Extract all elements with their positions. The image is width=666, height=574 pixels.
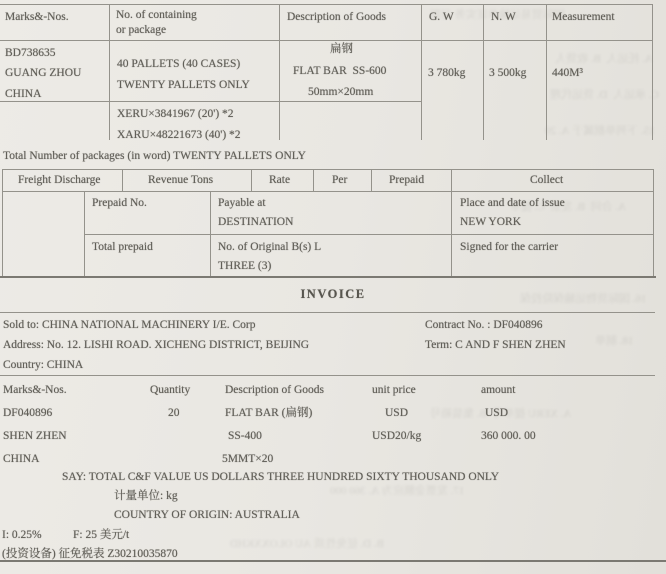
table-border	[313, 169, 314, 191]
table-border	[2, 169, 3, 276]
inv-row-amount: 360 000. 00	[481, 429, 536, 443]
table-border	[2, 169, 653, 170]
payable-at-label: Payable at	[218, 196, 266, 210]
total-packages-line: Total Number of packages (in word) TWENT…	[3, 149, 306, 163]
inv-row-marks: SHEN ZHEN	[3, 429, 67, 443]
section-divider	[0, 312, 655, 313]
bleed-through-text: B. D. 征免性质 AU OLOXXKHD	[230, 535, 384, 551]
collect-header: Collect	[530, 173, 563, 187]
inv-quantity-header: Quantity	[150, 383, 190, 397]
marks-value: BD738635	[5, 46, 55, 60]
address-line: Address: No. 12. LISHI ROAD. XICHENG DIS…	[3, 338, 309, 352]
table-border	[210, 191, 211, 276]
goods-size: 50mm×20mm	[308, 85, 373, 99]
sold-to-line: Sold to: CHINA NATIONAL MACHINERY I/E. C…	[3, 318, 255, 332]
rate-header: Rate	[269, 173, 290, 187]
tax-exemption-line: (投资设备) 征免税表 Z30210035870	[2, 547, 178, 561]
inv-description-header: Description of Goods	[225, 383, 324, 397]
say-total-line: SAY: TOTAL C&F VALUE US DOLLARS THREE HU…	[62, 470, 499, 484]
original-bl-value: THREE (3)	[218, 259, 271, 273]
prepaid-no-label: Prepaid No.	[92, 196, 147, 210]
net-weight-header: N. W	[491, 10, 516, 24]
table-border	[0, 40, 653, 41]
invoice-title: INVOICE	[0, 287, 666, 301]
payable-at-value: DESTINATION	[218, 215, 293, 229]
table-border	[653, 169, 654, 276]
country-line: Country: CHINA	[3, 358, 83, 372]
inv-row-amount: USD	[485, 406, 508, 420]
country-of-origin-line: COUNTRY OF ORIGIN: AUSTRALIA	[114, 508, 300, 522]
per-header: Per	[332, 173, 347, 187]
unit-of-measure-line: 计量单位: kg	[114, 489, 178, 503]
inv-row-unit-price: USD20/kg	[372, 429, 421, 443]
freight-discharge-header: Freight Discharge	[18, 173, 101, 187]
insurance-rate: I: 0.25%	[2, 528, 42, 542]
table-border	[421, 4, 422, 140]
inv-row-marks: DF040896	[3, 406, 52, 420]
inv-amount-header: amount	[481, 383, 516, 397]
scanned-shipping-document: 国际贸易运输单证实务 习题 A. 托运人 B. 收货人 C. 承运人 D. 货运…	[0, 0, 666, 574]
table-border	[451, 169, 452, 276]
table-border	[483, 4, 484, 140]
table-border	[84, 191, 85, 276]
table-border	[251, 169, 252, 191]
package-count: TWENTY PALLETS ONLY	[117, 78, 250, 92]
table-border	[546, 4, 547, 140]
bleed-through-text: A. 托运人 B. 收货人	[555, 50, 653, 66]
description-header: Description of Goods	[287, 10, 386, 24]
table-border	[84, 234, 653, 235]
original-bl-label: No. of Original B(s) L	[218, 240, 321, 254]
goods-name-cn: 扁钢	[330, 42, 353, 56]
container-number: XERU×3841967 (20') *2	[117, 107, 234, 121]
prepaid-header: Prepaid	[389, 173, 424, 187]
inv-marks-header: Marks&-Nos.	[3, 383, 67, 397]
signed-carrier-label: Signed for the carrier	[460, 240, 558, 254]
containing-header: No. of containing	[116, 8, 197, 22]
page-bottom-rule	[0, 560, 666, 562]
table-border	[2, 191, 653, 192]
table-border	[0, 276, 656, 278]
freight-rate: F: 25 美元/t	[73, 528, 129, 542]
table-border	[122, 169, 123, 191]
goods-name-en: FLAT BAR SS-600	[293, 64, 386, 78]
measurement-header: Measurement	[552, 10, 615, 24]
table-border	[371, 169, 372, 191]
total-prepaid-label: Total prepaid	[92, 240, 153, 254]
table-border	[109, 4, 110, 140]
marks-value: GUANG ZHOU	[5, 66, 81, 80]
measurement-value: 440M³	[552, 66, 583, 80]
revenue-tons-header: Revenue Tons	[148, 173, 213, 187]
container-number: XARU×48221673 (40') *2	[117, 128, 241, 142]
bleed-through-text: 18. 制单	[595, 332, 634, 348]
table-border	[279, 4, 280, 140]
table-border	[652, 4, 653, 140]
inv-row-marks: CHINA	[3, 452, 39, 466]
marks-value: CHINA	[5, 87, 41, 101]
inv-row-description: 5MMT×20	[222, 452, 273, 466]
inv-row-quantity: 20	[168, 406, 180, 420]
net-weight-value: 3 500kg	[489, 66, 526, 80]
bleed-through-text: 15. 下列单据属于 A. 20	[545, 122, 655, 138]
place-date-label: Place and date of issue	[460, 196, 565, 210]
inv-unit-price-header: unit price	[372, 383, 416, 397]
inv-row-unit-price: USD	[385, 406, 408, 420]
gross-weight-header: G. W	[429, 10, 454, 24]
bleed-through-text: C. 承运人 D. 货运代理	[550, 86, 659, 102]
inv-row-description: FLAT BAR (扁钢)	[225, 406, 312, 420]
place-date-value: NEW YORK	[460, 215, 521, 229]
bleed-through-text: 17. 发票金额应为 A. 360 000	[330, 482, 464, 498]
section-divider	[0, 375, 655, 376]
package-count: 40 PALLETS (40 CASES)	[117, 57, 240, 71]
table-border	[0, 101, 421, 102]
gross-weight-value: 3 780kg	[428, 66, 465, 80]
containing-header-2: or package	[116, 23, 166, 37]
contract-no-line: Contract No. : DF040896	[425, 318, 543, 332]
term-line: Term: C AND F SHEN ZHEN	[425, 338, 566, 352]
inv-row-description: SS-400	[228, 429, 262, 443]
table-border	[0, 4, 653, 5]
marks-nos-header: Marks&-Nos.	[5, 10, 69, 24]
